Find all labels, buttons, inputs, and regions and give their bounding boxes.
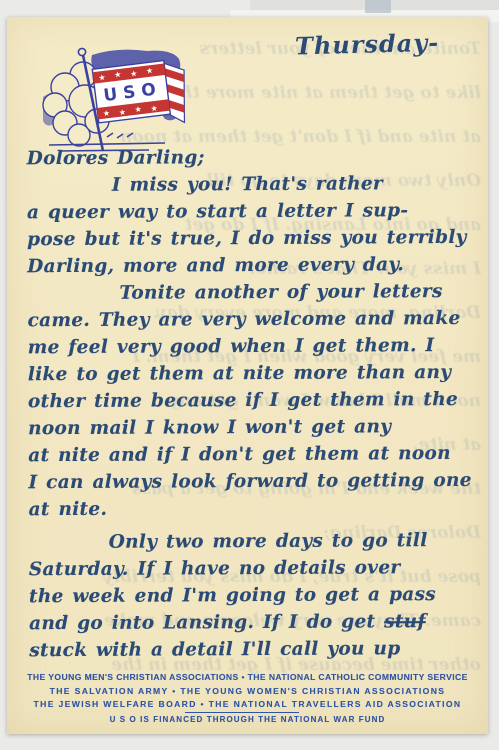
svg-text:★: ★: [118, 108, 126, 118]
letter-line-text: stuck with a detail I'll call you up: [29, 638, 400, 661]
svg-text:★: ★: [145, 66, 153, 76]
footer-line: U S O IS FINANCED THROUGH THE NATIONAL W…: [7, 713, 488, 727]
letter-line-text: I can always look forward to getting one: [28, 470, 471, 493]
letter-line: like to get them at nite more than any: [28, 359, 484, 388]
letter-line: me feel very good when I get them. I: [28, 332, 484, 361]
letter-line: came. They are very welcome and make: [27, 305, 483, 334]
letter-line-text: other time because if I get them in the: [28, 389, 458, 412]
letter-line: Only two more days to go till: [29, 527, 485, 556]
uso-flag-logo: ★★★★ ★★★★ USO: [37, 39, 187, 161]
letter-line: Dolores Darling;: [27, 143, 483, 172]
letter-line-text: a queer way to start a letter I sup-: [27, 200, 408, 223]
letter-line-text: and go into Lansing. If I do get: [29, 611, 384, 634]
letter-line-text: like to get them at nite more than any: [28, 362, 452, 385]
letter-paper: Tonite another of your letterslike to ge…: [7, 17, 488, 734]
letter-line-text: Darling, more and more every day.: [27, 254, 404, 277]
letter-line: and go into Lansing. If I do get stuf: [29, 608, 485, 637]
svg-text:★: ★: [102, 108, 110, 118]
letter-line-text: Saturday. If I have no details over: [29, 557, 401, 580]
crossed-out-word: stuf: [384, 611, 426, 632]
letter-line: the week end I'm going to get a pass: [29, 581, 485, 610]
flag: ★★★★ ★★★★ USO: [92, 58, 187, 133]
letter-line: at nite and if I don't get them at noon: [28, 440, 484, 469]
letter-line: at nite.: [28, 494, 484, 523]
footer-line: THE YOUNG MEN'S CHRISTIAN ASSOCIATIONS •…: [7, 671, 488, 685]
letter-line-text: me feel very good when I get them. I: [28, 335, 435, 358]
letter-line-text: pose but it's true, I do miss you terrib…: [27, 227, 467, 250]
letter-line: Tonite another of your letters: [27, 278, 483, 307]
svg-text:★: ★: [114, 70, 122, 80]
letter-line-text: the week end I'm going to get a pass: [29, 584, 436, 607]
date-line: Thursday-: [295, 27, 486, 61]
letter-line-text: Dolores Darling;: [27, 147, 205, 169]
letter-line-text: noon mail I know I won't get any: [28, 416, 391, 439]
letter-line-text: at nite.: [28, 499, 107, 520]
svg-text:★: ★: [130, 69, 138, 79]
tape-fragment: [365, 0, 391, 13]
letter-line: I miss you! That's rather: [27, 170, 483, 199]
letter-line-text: Only two more days to go till: [109, 530, 428, 553]
letter-line-text: at nite and if I don't get them at noon: [28, 443, 451, 466]
letter-line: Saturday. If I have no details over: [29, 554, 485, 583]
footer-line: THE JEWISH WELFARE BOARD • THE NATIONAL …: [7, 698, 488, 712]
svg-text:★: ★: [134, 105, 142, 115]
letter-body: Dolores Darling;I miss you! That's rathe…: [27, 143, 486, 664]
letter-line-text: came. They are very welcome and make: [28, 308, 461, 331]
footer-line: THE SALVATION ARMY • THE YOUNG WOMEN'S C…: [7, 685, 488, 699]
svg-text:★: ★: [150, 104, 158, 114]
letter-line: other time because if I get them in the: [28, 386, 484, 415]
letter-line-text: I miss you! That's rather: [112, 173, 383, 195]
letter-line: noon mail I know I won't get any: [28, 413, 484, 442]
svg-text:★: ★: [98, 73, 106, 83]
letter-line: Darling, more and more every day.: [27, 251, 483, 280]
footer-underline: [185, 712, 299, 713]
letter-line: a queer way to start a letter I sup-: [27, 197, 483, 226]
letter-line: pose but it's true, I do miss you terrib…: [27, 224, 483, 253]
footer: THE YOUNG MEN'S CHRISTIAN ASSOCIATIONS •…: [7, 671, 488, 726]
letter-line: stuck with a detail I'll call you up: [29, 635, 485, 664]
letter-line-text: Tonite another of your letters: [119, 281, 442, 304]
pole-finial: [78, 48, 85, 55]
scan-background: Tonite another of your letterslike to ge…: [0, 0, 499, 750]
letter-line: I can always look forward to getting one: [28, 467, 484, 496]
